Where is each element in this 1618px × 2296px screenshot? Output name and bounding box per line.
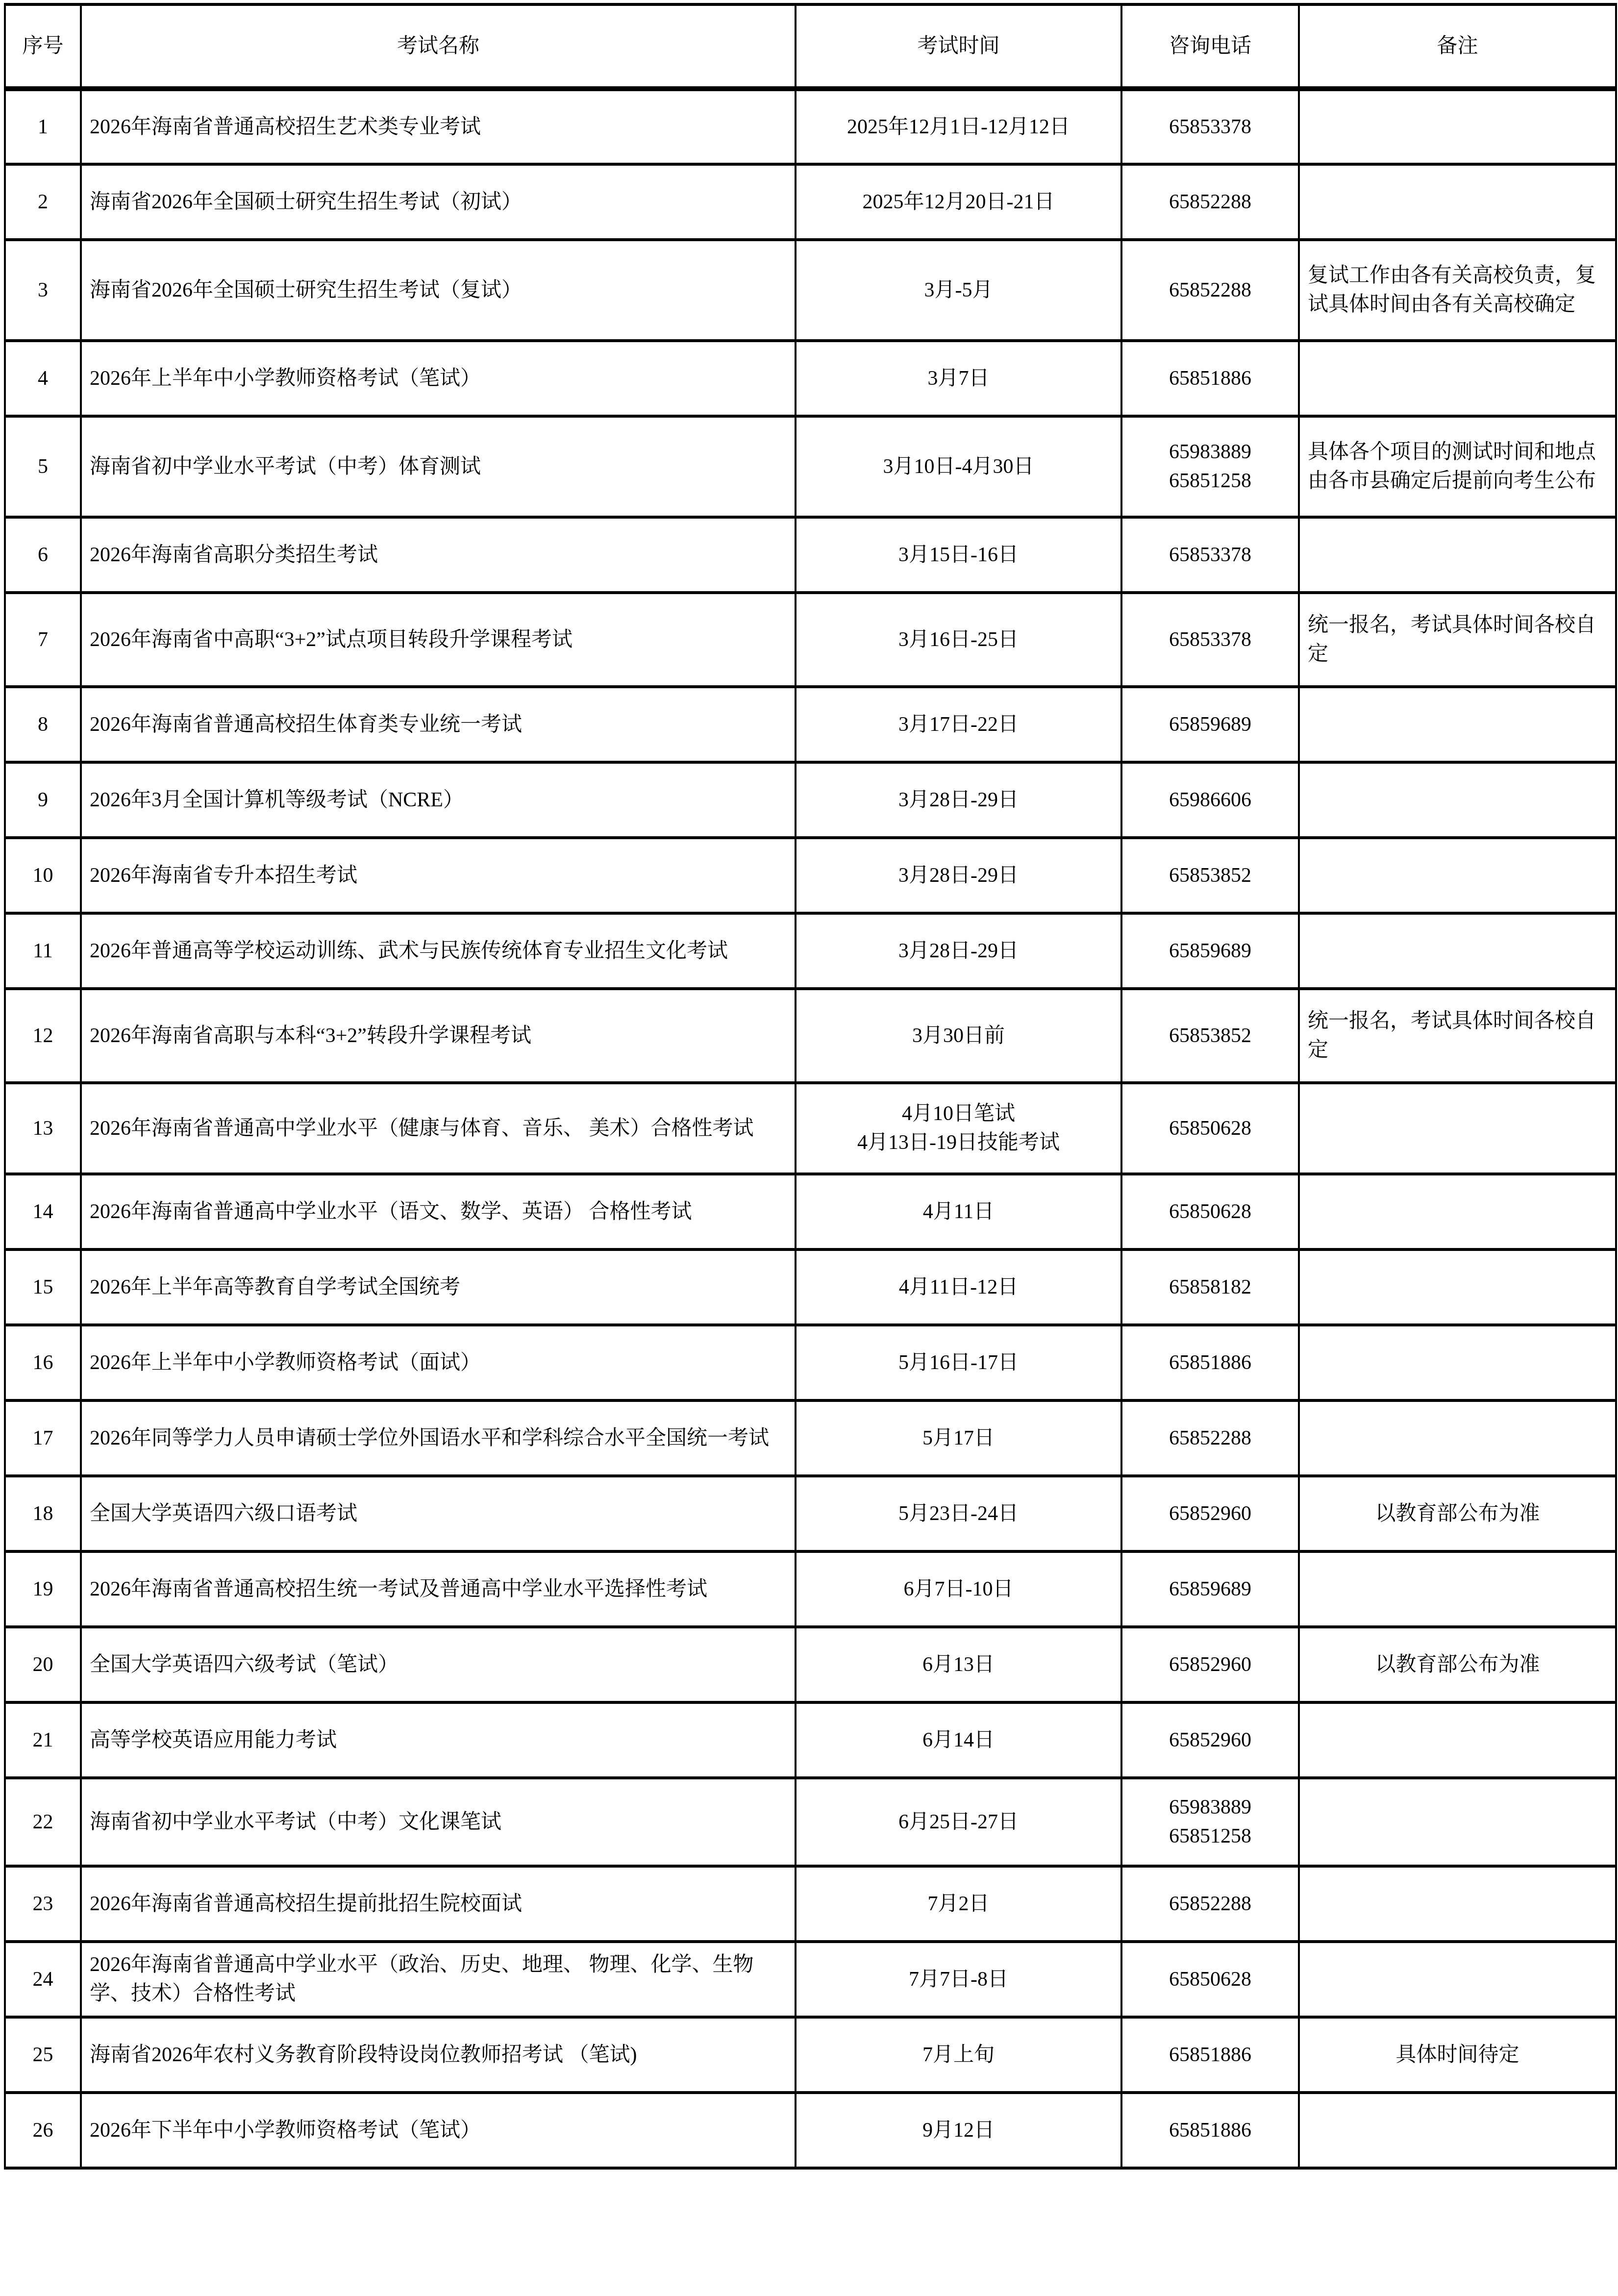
table-row: 22 海南省初中学业水平考试（中考）文化课笔试 6月25日-27日 659838…	[5, 1778, 1616, 1866]
note-cell	[1299, 1866, 1616, 1942]
note-cell	[1299, 838, 1616, 913]
phone-cell: 65859689	[1121, 913, 1299, 989]
phone-cell: 65858182	[1121, 1249, 1299, 1325]
phone-cell: 65853378	[1121, 89, 1299, 164]
table-row: 2 海南省2026年全国硕士研究生招生考试（初试） 2025年12月20日-21…	[5, 164, 1616, 240]
note-cell	[1299, 1400, 1616, 1476]
exam-time-cell: 5月17日	[796, 1400, 1121, 1476]
table-row: 6 2026年海南省高职分类招生考试 3月15日-16日 65853378	[5, 517, 1616, 593]
note-cell	[1299, 1249, 1616, 1325]
exam-time-cell: 7月7日-8日	[796, 1942, 1121, 2017]
row-number-cell: 2	[5, 164, 81, 240]
exam-name-cell: 海南省2026年农村义务教育阶段特设岗位教师招考试 （笔试)	[81, 2017, 796, 2093]
exam-time-cell: 6月7日-10日	[796, 1551, 1121, 1627]
note-cell: 具体时间待定	[1299, 2017, 1616, 2093]
header-row-number: 序号	[5, 4, 81, 89]
note-cell	[1299, 687, 1616, 762]
table-row: 21 高等学校英语应用能力考试 6月14日 65852960	[5, 1702, 1616, 1778]
phone-cell: 65851886	[1121, 2017, 1299, 2093]
row-number-cell: 15	[5, 1249, 81, 1325]
row-number-cell: 21	[5, 1702, 81, 1778]
phone-cell: 65853378	[1121, 593, 1299, 687]
table-row: 12 2026年海南省高职与本科“3+2”转段升学课程考试 3月30日前 658…	[5, 989, 1616, 1083]
exam-name-cell: 海南省2026年全国硕士研究生招生考试（复试）	[81, 240, 796, 341]
exam-time-cell: 4月10日笔试 4月13日-19日技能考试	[796, 1083, 1121, 1174]
note-cell	[1299, 1325, 1616, 1400]
row-number-cell: 3	[5, 240, 81, 341]
exam-time-cell: 3月7日	[796, 341, 1121, 416]
header-note: 备注	[1299, 4, 1616, 89]
phone-cell: 65859689	[1121, 687, 1299, 762]
table-row: 11 2026年普通高等学校运动训练、武术与民族传统体育专业招生文化考试 3月2…	[5, 913, 1616, 989]
phone-cell: 65852960	[1121, 1627, 1299, 1702]
exam-name-cell: 2026年上半年中小学教师资格考试（面试）	[81, 1325, 796, 1400]
phone-cell: 65853378	[1121, 517, 1299, 593]
exam-time-cell: 2025年12月1日-12月12日	[796, 89, 1121, 164]
note-cell	[1299, 517, 1616, 593]
row-number-cell: 12	[5, 989, 81, 1083]
table-row: 8 2026年海南省普通高校招生体育类专业统一考试 3月17日-22日 6585…	[5, 687, 1616, 762]
phone-cell: 65850628	[1121, 1174, 1299, 1249]
table-row: 3 海南省2026年全国硕士研究生招生考试（复试） 3月-5月 65852288…	[5, 240, 1616, 341]
row-number-cell: 24	[5, 1942, 81, 2017]
exam-time-cell: 7月上旬	[796, 2017, 1121, 2093]
row-number-cell: 5	[5, 416, 81, 517]
note-cell	[1299, 2093, 1616, 2168]
note-cell	[1299, 1942, 1616, 2017]
exam-name-cell: 2026年海南省专升本招生考试	[81, 838, 796, 913]
exam-name-cell: 2026年海南省普通高中学业水平（政治、历史、地理、 物理、化学、生物学、技术）…	[81, 1942, 796, 2017]
exam-name-cell: 2026年海南省普通高校招生体育类专业统一考试	[81, 687, 796, 762]
exam-time-cell: 3月16日-25日	[796, 593, 1121, 687]
table-row: 19 2026年海南省普通高校招生统一考试及普通高中学业水平选择性考试 6月7日…	[5, 1551, 1616, 1627]
phone-cell: 65853852	[1121, 838, 1299, 913]
exam-time-cell: 5月23日-24日	[796, 1476, 1121, 1551]
header-row: 序号 考试名称 考试时间 咨询电话 备注	[5, 4, 1616, 89]
table-row: 15 2026年上半年高等教育自学考试全国统考 4月11日-12日 658581…	[5, 1249, 1616, 1325]
table-row: 18 全国大学英语四六级口语考试 5月23日-24日 65852960 以教育部…	[5, 1476, 1616, 1551]
exam-name-cell: 2026年3月全国计算机等级考试（NCRE）	[81, 762, 796, 838]
exam-time-cell: 5月16日-17日	[796, 1325, 1121, 1400]
row-number-cell: 14	[5, 1174, 81, 1249]
exam-time-cell: 3月28日-29日	[796, 913, 1121, 989]
exam-name-cell: 2026年海南省普通高校招生艺术类专业考试	[81, 89, 796, 164]
row-number-cell: 4	[5, 341, 81, 416]
note-cell	[1299, 1778, 1616, 1866]
exam-name-cell: 2026年上半年中小学教师资格考试（笔试）	[81, 341, 796, 416]
table-row: 14 2026年海南省普通高中学业水平（语文、数学、英语） 合格性考试 4月11…	[5, 1174, 1616, 1249]
exam-time-cell: 3月28日-29日	[796, 762, 1121, 838]
phone-cell: 65851886	[1121, 341, 1299, 416]
exam-name-cell: 2026年普通高等学校运动训练、武术与民族传统体育专业招生文化考试	[81, 913, 796, 989]
header-exam-time: 考试时间	[796, 4, 1121, 89]
exam-name-cell: 2026年海南省普通高校招生统一考试及普通高中学业水平选择性考试	[81, 1551, 796, 1627]
row-number-cell: 18	[5, 1476, 81, 1551]
row-number-cell: 13	[5, 1083, 81, 1174]
exam-time-cell: 4月11日	[796, 1174, 1121, 1249]
table-row: 1 2026年海南省普通高校招生艺术类专业考试 2025年12月1日-12月12…	[5, 89, 1616, 164]
table-row: 20 全国大学英语四六级考试（笔试） 6月13日 65852960 以教育部公布…	[5, 1627, 1616, 1702]
exam-name-cell: 2026年海南省普通高校招生提前批招生院校面试	[81, 1866, 796, 1942]
phone-cell: 65851886	[1121, 1325, 1299, 1400]
header-phone: 咨询电话	[1121, 4, 1299, 89]
row-number-cell: 1	[5, 89, 81, 164]
note-cell	[1299, 762, 1616, 838]
table-row: 9 2026年3月全国计算机等级考试（NCRE） 3月28日-29日 65986…	[5, 762, 1616, 838]
exam-name-cell: 海南省初中学业水平考试（中考）文化课笔试	[81, 1778, 796, 1866]
phone-cell: 65852288	[1121, 240, 1299, 341]
exam-time-cell: 6月14日	[796, 1702, 1121, 1778]
note-cell	[1299, 1551, 1616, 1627]
table-row: 4 2026年上半年中小学教师资格考试（笔试） 3月7日 65851886	[5, 341, 1616, 416]
table-row: 5 海南省初中学业水平考试（中考）体育测试 3月10日-4月30日 659838…	[5, 416, 1616, 517]
row-number-cell: 22	[5, 1778, 81, 1866]
table-row: 16 2026年上半年中小学教师资格考试（面试） 5月16日-17日 65851…	[5, 1325, 1616, 1400]
row-number-cell: 16	[5, 1325, 81, 1400]
row-number-cell: 8	[5, 687, 81, 762]
note-cell	[1299, 164, 1616, 240]
exam-time-cell: 2025年12月20日-21日	[796, 164, 1121, 240]
note-cell: 复试工作由各有关高校负责，复试具体时间由各有关高校确定	[1299, 240, 1616, 341]
exam-time-cell: 7月2日	[796, 1866, 1121, 1942]
phone-cell: 65983889 65851258	[1121, 1778, 1299, 1866]
phone-cell: 65852288	[1121, 1866, 1299, 1942]
phone-cell: 65852960	[1121, 1476, 1299, 1551]
row-number-cell: 9	[5, 762, 81, 838]
note-cell: 统一报名，考试具体时间各校自定	[1299, 989, 1616, 1083]
exam-name-cell: 2026年海南省高职与本科“3+2”转段升学课程考试	[81, 989, 796, 1083]
row-number-cell: 17	[5, 1400, 81, 1476]
phone-cell: 65852288	[1121, 1400, 1299, 1476]
note-cell	[1299, 1174, 1616, 1249]
exam-time-cell: 9月12日	[796, 2093, 1121, 2168]
exam-name-cell: 2026年同等学力人员申请硕士学位外国语水平和学科综合水平全国统一考试	[81, 1400, 796, 1476]
phone-cell: 65851886	[1121, 2093, 1299, 2168]
header-exam-name: 考试名称	[81, 4, 796, 89]
exam-name-cell: 2026年上半年高等教育自学考试全国统考	[81, 1249, 796, 1325]
exam-time-cell: 3月-5月	[796, 240, 1121, 341]
exam-time-cell: 3月15日-16日	[796, 517, 1121, 593]
exam-name-cell: 海南省2026年全国硕士研究生招生考试（初试）	[81, 164, 796, 240]
exam-name-cell: 高等学校英语应用能力考试	[81, 1702, 796, 1778]
row-number-cell: 11	[5, 913, 81, 989]
exam-name-cell: 2026年海南省中高职“3+2”试点项目转段升学课程考试	[81, 593, 796, 687]
exam-name-cell: 海南省初中学业水平考试（中考）体育测试	[81, 416, 796, 517]
phone-cell: 65859689	[1121, 1551, 1299, 1627]
exam-name-cell: 全国大学英语四六级口语考试	[81, 1476, 796, 1551]
row-number-cell: 20	[5, 1627, 81, 1702]
exam-name-cell: 2026年海南省普通高中学业水平（健康与体育、音乐、 美术）合格性考试	[81, 1083, 796, 1174]
exam-name-cell: 2026年下半年中小学教师资格考试（笔试）	[81, 2093, 796, 2168]
table-row: 24 2026年海南省普通高中学业水平（政治、历史、地理、 物理、化学、生物学、…	[5, 1942, 1616, 2017]
phone-cell: 65986606	[1121, 762, 1299, 838]
row-number-cell: 25	[5, 2017, 81, 2093]
note-cell: 具体各个项目的测试时间和地点由各市县确定后提前向考生公布	[1299, 416, 1616, 517]
table-row: 23 2026年海南省普通高校招生提前批招生院校面试 7月2日 65852288	[5, 1866, 1616, 1942]
row-number-cell: 7	[5, 593, 81, 687]
exam-schedule-table: 序号 考试名称 考试时间 咨询电话 备注 1 2026年海南省普通高校招生艺术类…	[4, 3, 1617, 2170]
note-cell	[1299, 1702, 1616, 1778]
exam-time-cell: 6月13日	[796, 1627, 1121, 1702]
table-row: 25 海南省2026年农村义务教育阶段特设岗位教师招考试 （笔试) 7月上旬 6…	[5, 2017, 1616, 2093]
exam-time-cell: 4月11日-12日	[796, 1249, 1121, 1325]
row-number-cell: 19	[5, 1551, 81, 1627]
table-row: 26 2026年下半年中小学教师资格考试（笔试） 9月12日 65851886	[5, 2093, 1616, 2168]
exam-time-cell: 3月17日-22日	[796, 687, 1121, 762]
exam-time-cell: 3月30日前	[796, 989, 1121, 1083]
row-number-cell: 6	[5, 517, 81, 593]
exam-name-cell: 全国大学英语四六级考试（笔试）	[81, 1627, 796, 1702]
table-row: 13 2026年海南省普通高中学业水平（健康与体育、音乐、 美术）合格性考试 4…	[5, 1083, 1616, 1174]
phone-cell: 65853852	[1121, 989, 1299, 1083]
note-cell: 以教育部公布为准	[1299, 1627, 1616, 1702]
phone-cell: 65852288	[1121, 164, 1299, 240]
note-cell	[1299, 1083, 1616, 1174]
note-cell	[1299, 341, 1616, 416]
row-number-cell: 23	[5, 1866, 81, 1942]
exam-time-cell: 3月28日-29日	[796, 838, 1121, 913]
phone-cell: 65850628	[1121, 1942, 1299, 2017]
table-row: 10 2026年海南省专升本招生考试 3月28日-29日 65853852	[5, 838, 1616, 913]
row-number-cell: 26	[5, 2093, 81, 2168]
note-cell: 统一报名，考试具体时间各校自定	[1299, 593, 1616, 687]
phone-cell: 65850628	[1121, 1083, 1299, 1174]
table-row: 17 2026年同等学力人员申请硕士学位外国语水平和学科综合水平全国统一考试 5…	[5, 1400, 1616, 1476]
table-row: 7 2026年海南省中高职“3+2”试点项目转段升学课程考试 3月16日-25日…	[5, 593, 1616, 687]
note-cell: 以教育部公布为准	[1299, 1476, 1616, 1551]
phone-cell: 65983889 65851258	[1121, 416, 1299, 517]
exam-name-cell: 2026年海南省高职分类招生考试	[81, 517, 796, 593]
note-cell	[1299, 913, 1616, 989]
exam-name-cell: 2026年海南省普通高中学业水平（语文、数学、英语） 合格性考试	[81, 1174, 796, 1249]
row-number-cell: 10	[5, 838, 81, 913]
exam-time-cell: 6月25日-27日	[796, 1778, 1121, 1866]
exam-time-cell: 3月10日-4月30日	[796, 416, 1121, 517]
note-cell	[1299, 89, 1616, 164]
phone-cell: 65852960	[1121, 1702, 1299, 1778]
